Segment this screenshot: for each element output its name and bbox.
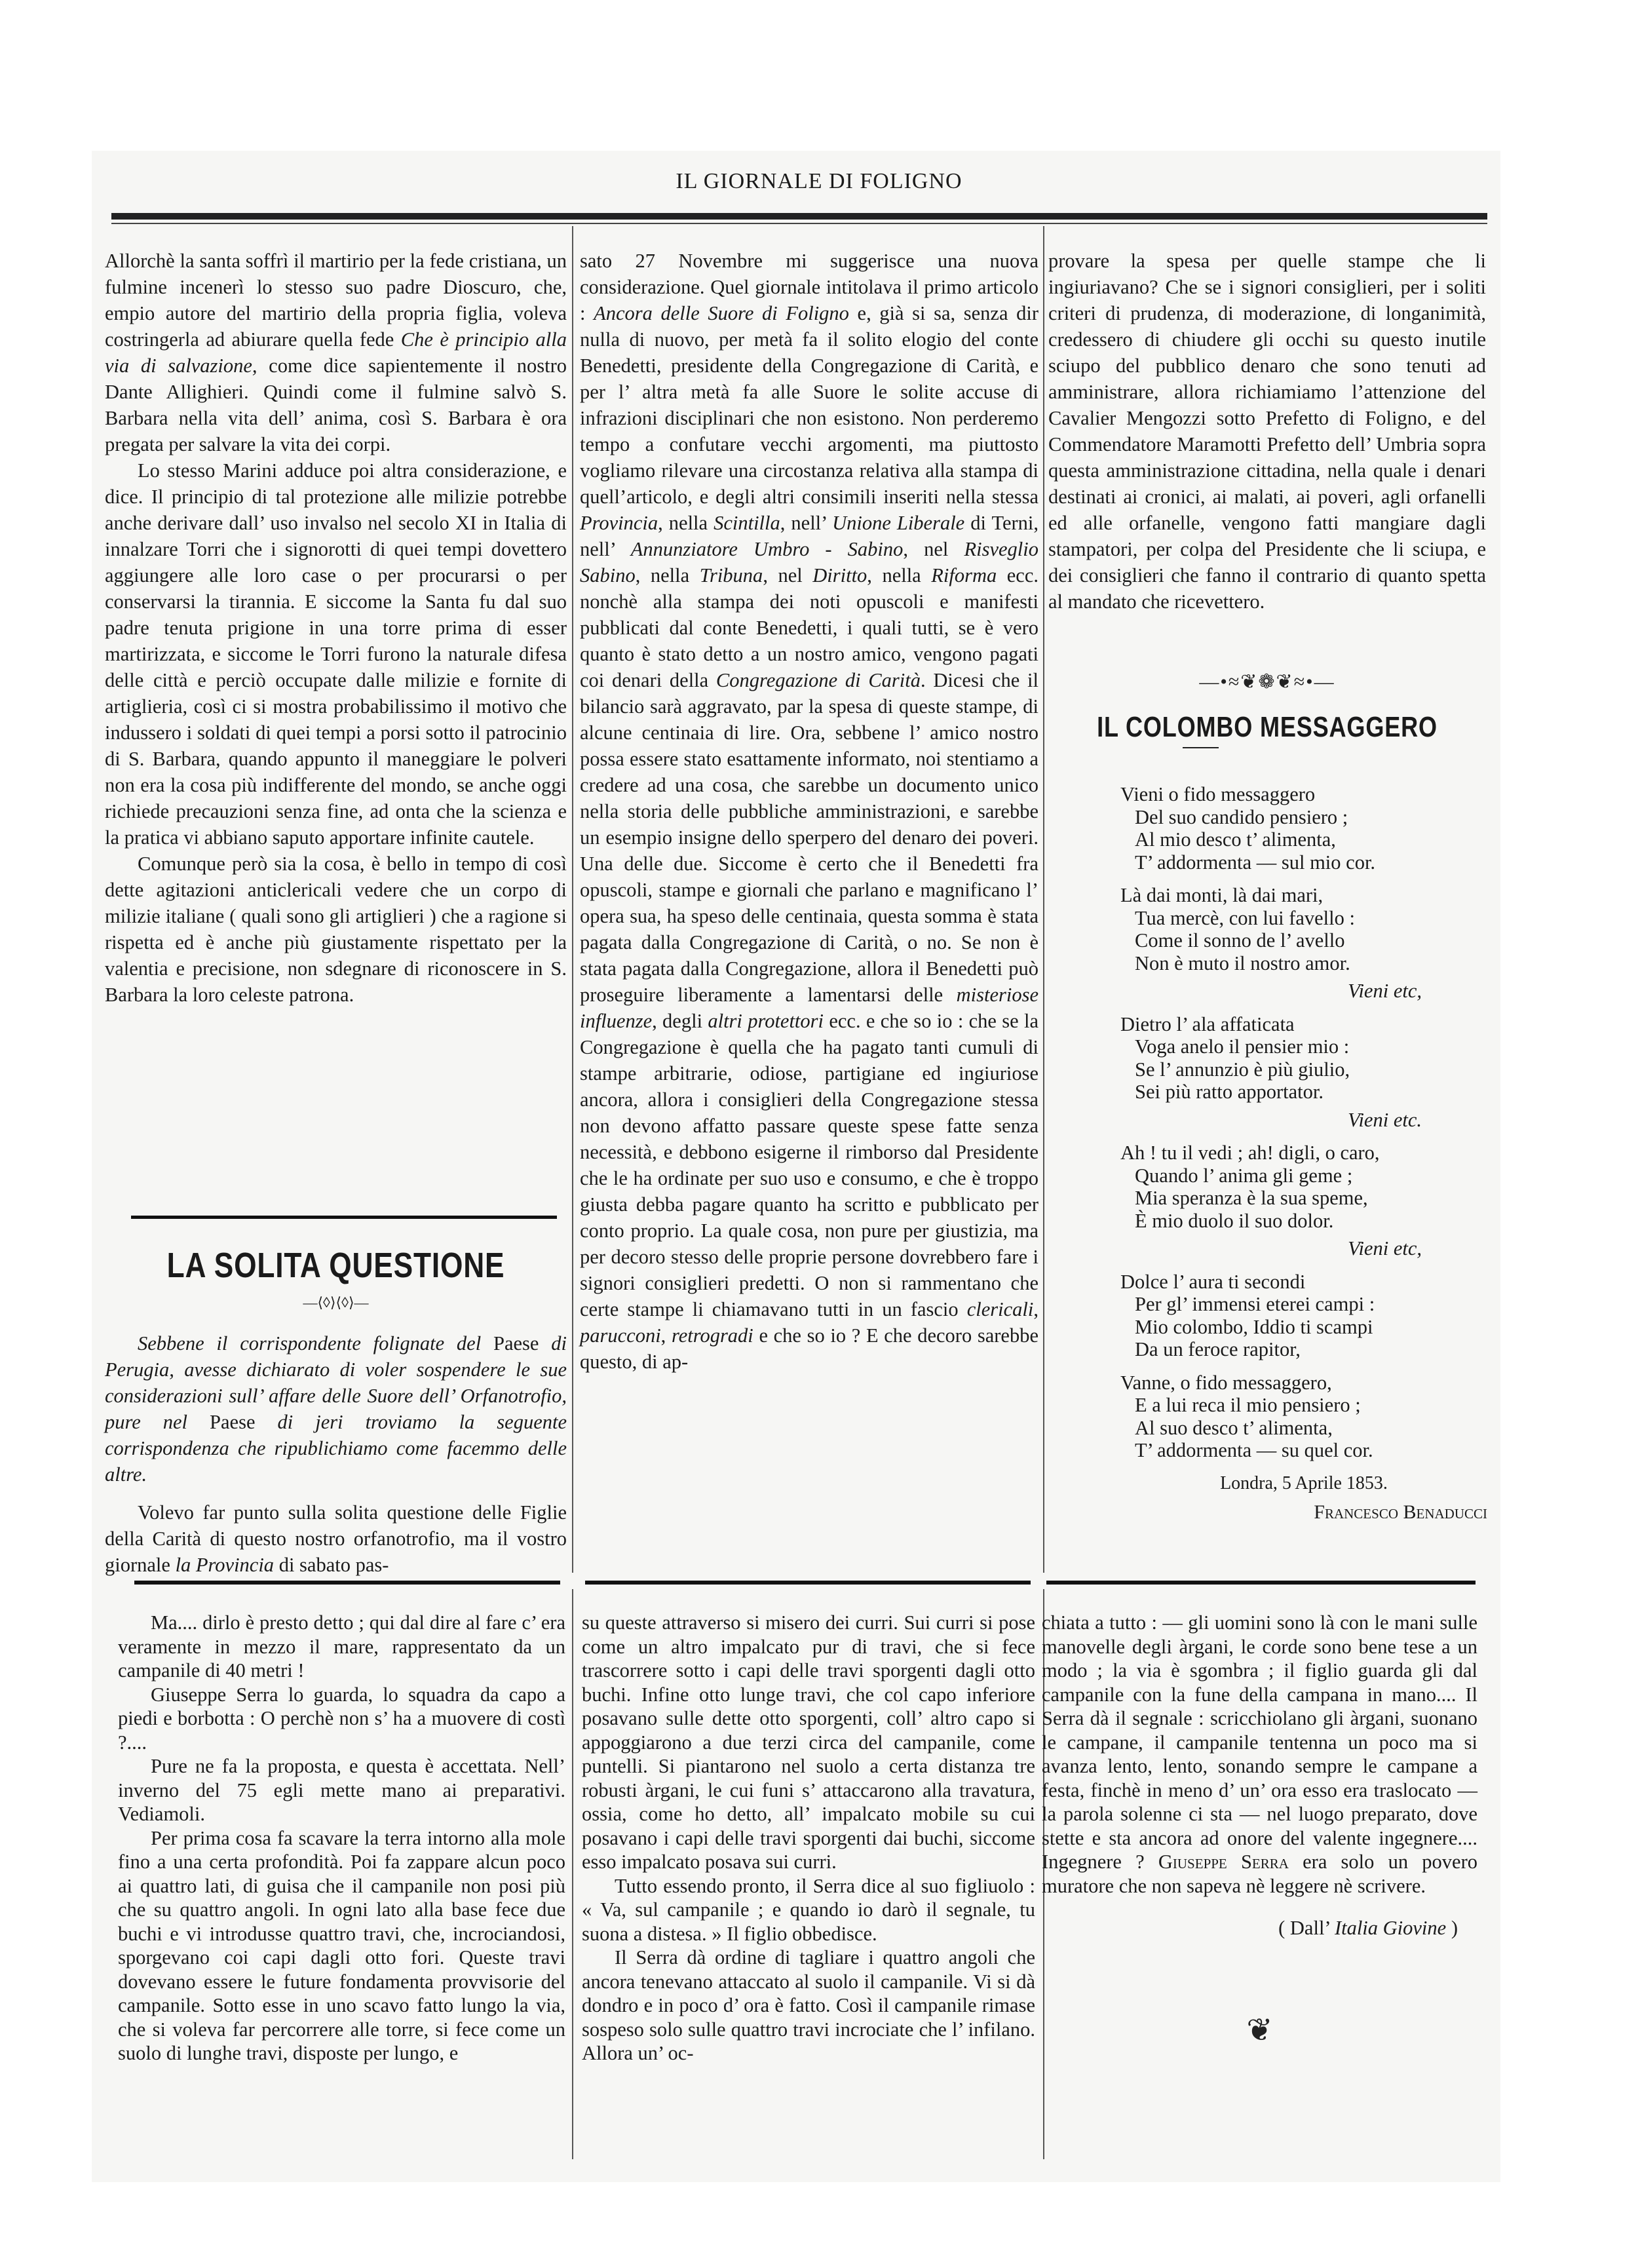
column-3-bottom: chiata a tutto : — gli uomini sono là co… [1042, 1611, 1477, 1940]
header-rule [111, 213, 1487, 220]
header-rule-thin [111, 223, 1487, 224]
poem-line: Da un feroce rapitor, [1120, 1338, 1487, 1361]
poem-line: Tua mercè, con lui favello : [1120, 907, 1487, 930]
section-rule [134, 1581, 560, 1585]
poem-date: Londra, 5 Aprile 1853. [1120, 1472, 1487, 1495]
poem-stanza: Vanne, o fido messaggero,E a lui reca il… [1120, 1372, 1487, 1462]
column-1-top: Allorchè la santa soffrì il martirio per… [105, 248, 567, 1008]
poem-line: Al mio desco t’ alimenta, [1120, 828, 1487, 851]
paragraph: Tutto essendo pronto, il Serra dice al s… [582, 1874, 1035, 1946]
article-intro: Sebbene il corrispondente folignate del … [105, 1330, 567, 1488]
poem-line: Là dai monti, là dai mari, [1120, 884, 1487, 907]
masthead: IL GIORNALE DI FOLIGNO [0, 169, 1638, 194]
paragraph: Volevo far punto sulla solita questione … [105, 1499, 567, 1578]
poem-author: Francesco Benaducci [1120, 1501, 1487, 1524]
paragraph: Comunque però sia la cosa, è bello in te… [105, 851, 567, 1008]
paragraph: Il Serra dà ordine di tagliare i quattro… [582, 1946, 1035, 2066]
poem-line: E a lui reca il mio pensiero ; [1120, 1394, 1487, 1417]
divider-ornament-icon: —⟨◊⟩⟨◊⟩— [105, 1294, 567, 1311]
end-ornament-icon: ❦ [1042, 2012, 1477, 2048]
poem-line: Se l’ annunzio è più giulio, [1120, 1058, 1487, 1081]
poem-line: Vanne, o fido messaggero, [1120, 1372, 1487, 1394]
poem-stanza: Vieni o fido messaggeroDel suo candido p… [1120, 783, 1487, 874]
paragraph: su queste attraverso si misero dei curri… [582, 1611, 1035, 1874]
poem-stanza: Ah ! tu il vedi ; ah! digli, o caro,Quan… [1120, 1142, 1487, 1260]
paragraph: provare la spesa per quelle stampe che l… [1048, 248, 1486, 615]
column-divider [1043, 226, 1044, 1573]
poem-ornament-icon: —•≈❦❁❦≈•— [1048, 670, 1486, 693]
poem-line: Non è muto il nostro amor. [1120, 952, 1487, 975]
paragraph: sato 27 Novembre mi suggerisce una nuova… [580, 248, 1038, 1375]
poem-stanza: Dolce l’ aura ti secondiPer gl’ immensi … [1120, 1271, 1487, 1361]
poem-line: Al suo desco t’ alimenta, [1120, 1417, 1487, 1440]
paragraph: Ma.... dirlo è presto detto ; qui dal di… [118, 1611, 565, 1683]
title-underline [1183, 747, 1219, 748]
poem-line: Mia speranza è la sua speme, [1120, 1187, 1487, 1210]
paragraph: Pure ne fa la proposta, e questa è accet… [118, 1754, 565, 1826]
section-rule [585, 1581, 1031, 1585]
poem-line: Per gl’ immensi eterei campi : [1120, 1293, 1487, 1316]
column-2-top: sato 27 Novembre mi suggerisce una nuova… [580, 248, 1038, 1375]
poem-line: È mio duolo il suo dolor. [1120, 1210, 1487, 1233]
poem-line: Dolce l’ aura ti secondi [1120, 1271, 1487, 1294]
paragraph: Allorchè la santa soffrì il martirio per… [105, 248, 567, 457]
poem-line: Quando l’ anima gli geme ; [1120, 1164, 1487, 1187]
poem-refrain: Vieni etc. [1120, 1109, 1487, 1132]
paragraph: Giuseppe Serra lo guarda, lo squadra da … [118, 1683, 565, 1755]
poem-line: T’ addormenta — sul mio cor. [1120, 851, 1487, 874]
poem: Vieni o fido messaggeroDel suo candido p… [1120, 783, 1487, 1524]
paragraph: Per prima cosa fa scavare la terra intor… [118, 1826, 565, 2066]
section-rule [131, 1216, 557, 1219]
poem-line: Dietro l’ ala affaticata [1120, 1013, 1487, 1036]
poem-refrain: Vieni etc, [1120, 1237, 1487, 1260]
poem-stanza: Là dai monti, là dai mari,Tua mercè, con… [1120, 884, 1487, 1003]
column-2-bottom: su queste attraverso si misero dei curri… [582, 1611, 1035, 2066]
paragraph: Lo stesso Marini adduce poi altra consid… [105, 457, 567, 851]
column-divider [572, 1589, 573, 2159]
poem-refrain: Vieni etc, [1120, 980, 1487, 1003]
paragraph: chiata a tutto : — gli uomini sono là co… [1042, 1611, 1477, 1898]
poem-line: Vieni o fido messaggero [1120, 783, 1487, 806]
poem-line: T’ addormenta — su quel cor. [1120, 1439, 1487, 1462]
poem-line: Come il sonno de l’ avello [1120, 929, 1487, 952]
section-rule [1046, 1581, 1476, 1585]
article-body: Sebbene il corrispondente folignate del … [105, 1330, 567, 1578]
poem-line: Sei più ratto apportator. [1120, 1081, 1487, 1104]
column-1-bottom: Ma.... dirlo è presto detto ; qui dal di… [118, 1611, 565, 2066]
column-divider [572, 226, 573, 1573]
poem-stanza: Dietro l’ ala affaticataVoga anelo il pe… [1120, 1013, 1487, 1132]
poem-line: Mio colombo, Iddio ti scampi [1120, 1316, 1487, 1339]
article-title: LA SOLITA QUESTIONE [146, 1245, 525, 1286]
poem-line: Voga anelo il pensier mio : [1120, 1035, 1487, 1058]
poem-line: Ah ! tu il vedi ; ah! digli, o caro, [1120, 1142, 1487, 1164]
source-attribution: ( Dall’ Italia Giovine ) [1042, 1916, 1477, 1940]
poem-line: Del suo candido pensiero ; [1120, 806, 1487, 829]
poem-title: IL COLOMBO MESSAGGERO [1088, 711, 1447, 744]
column-3-top: provare la spesa per quelle stampe che l… [1048, 248, 1486, 615]
